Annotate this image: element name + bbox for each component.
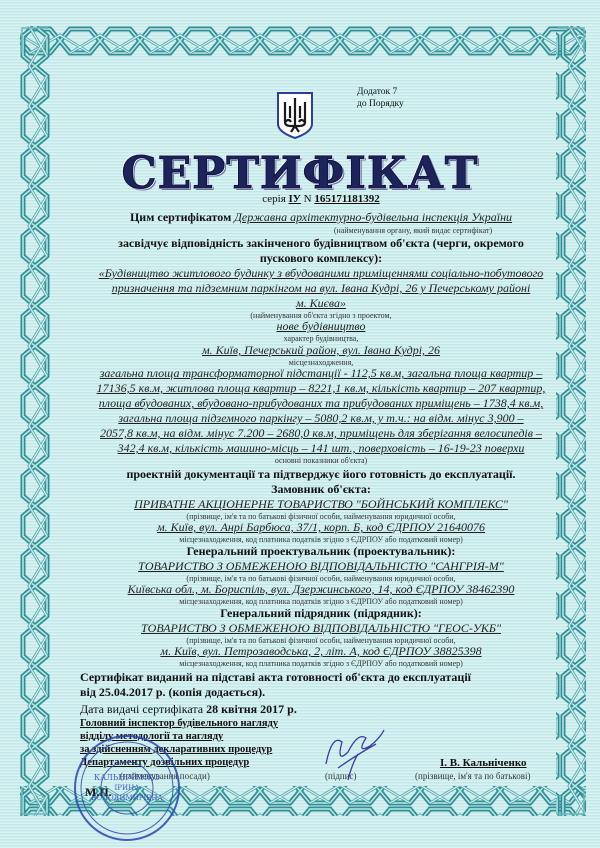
issue-date-line: Дата видачі сертифіката 28 квітня 2017 р… <box>80 702 566 717</box>
contractor-heading: Генеральний підрядник (підрядник): <box>78 606 564 621</box>
indicator-line-5: 2057,8 кв.м, на відм. мінус 7.200 – 2680… <box>78 426 564 441</box>
issuer-lead: Цим сертифікатом <box>130 210 231 224</box>
object-line-1: «Будівництво житлового будинку з вбудова… <box>78 266 564 281</box>
contractor-address: м. Київ, вул. Петрозаводська, 2, літ. А,… <box>78 644 564 659</box>
document-title: СЕРТИФІКАТ <box>0 148 600 199</box>
series-label: серія <box>262 193 286 205</box>
stamp-line-1: КАЛЬНІЧЕНКО <box>94 773 161 782</box>
number-label: N <box>304 193 312 205</box>
issue-date-label: Дата видачі сертифіката <box>80 702 203 716</box>
signature-mark <box>318 724 388 784</box>
annex-line-2: до Порядку <box>357 98 404 110</box>
customer-address-caption: місцезнаходження, код платника податків … <box>78 535 564 544</box>
signer-name: І. В. Кальніченко <box>440 757 600 769</box>
attests-line-1: засвідчує відповідність закінченого буді… <box>78 236 564 251</box>
designer-address: Київська обл., м. Бориспіль, вул. Дзержи… <box>78 582 564 597</box>
basis-line-1: Сертифікат виданий на підставі акта гото… <box>80 670 566 685</box>
stamp-line-3: ВОЛОДИМИРІВНА <box>91 794 163 802</box>
issuer-caption: (найменування органу, який видає сертифі… <box>170 226 600 235</box>
series-value: ІУ <box>289 193 301 205</box>
customer-address: м. Київ, вул. Анрі Барбюса, 37/1, корп. … <box>78 520 564 535</box>
designer-heading: Генеральний проектувальник (проектувальн… <box>78 544 564 559</box>
issue-date-value: 28 квітня 2017 р. <box>206 702 297 716</box>
designer-address-caption: місцезнаходження, код платника податків … <box>78 597 564 606</box>
annex-line-1: Додаток 7 <box>357 86 404 98</box>
indicator-line-1: загальна площа трансформаторної підстанц… <box>78 366 564 381</box>
customer-heading: Замовник об'єкта: <box>78 482 564 497</box>
indicator-line-4: загальна площа підземного паркінгу – 508… <box>78 411 564 426</box>
certificate-sheet: Додаток 7 до Порядку СЕРТИФІКАТ серія ІУ… <box>0 0 600 848</box>
object-line-2: призначення та підземним паркінгом на ву… <box>78 281 564 296</box>
attests-line-2: пускового комплексу): <box>78 251 564 266</box>
signer-caption: (прізвище, ім'я та по батькові) <box>415 771 600 781</box>
issuer-line: Цим сертифікатом Державна архітектурно-б… <box>78 210 564 225</box>
certificate-number: 165171181392 <box>314 193 379 205</box>
contractor-name: ТОВАРИСТВО З ОБМЕЖЕНОЮ ВІДПОВІДАЛЬНІСТЮ … <box>78 621 564 636</box>
official-stamp: КАЛЬНІЧЕНКО ІРИНА ВОЛОДИМИРІВНА <box>68 732 186 844</box>
series-line: серія ІУ N 165171181392 <box>78 193 564 205</box>
indicator-line-6: 342,4 кв.м, кількість машино-місць – 141… <box>78 441 564 456</box>
indicators-caption: основні показники об'єкта) <box>78 456 564 465</box>
stamp-line-2: ІРИНА <box>115 784 141 792</box>
confirmation-text: проектній документації та підтверджує йо… <box>78 467 564 482</box>
customer-name: ПРИВАТНЕ АКЦІОНЕРНЕ ТОВАРИСТВО "БОЙНСЬКИ… <box>78 497 564 512</box>
indicator-line-3: площа вбудованих, вбудовано-прибудованих… <box>78 396 564 411</box>
basis-line-2: від 25.04.2017 р. (копія додається). <box>80 685 566 700</box>
object-line-3: м. Києва» <box>78 296 564 311</box>
construction-type: нове будівництво <box>78 319 564 334</box>
issuer-value: Державна архітектурно-будівельна інспекц… <box>234 210 512 224</box>
construction-type-caption: характер будівництва, <box>78 334 564 343</box>
designer-name: ТОВАРИСТВО З ОБМЕЖЕНОЮ ВІДПОВІДАЛЬНІСТЮ … <box>78 559 564 574</box>
annex-note: Додаток 7 до Порядку <box>357 86 404 110</box>
indicator-line-2: 17136,5 кв.м, житлова площа квартир – 82… <box>78 381 564 396</box>
location-value: м. Київ, Печерський район, вул. Івана Ку… <box>78 343 564 358</box>
contractor-address-caption: місцезнаходження, код платника податків … <box>78 659 564 668</box>
coat-of-arms-icon <box>277 92 313 139</box>
